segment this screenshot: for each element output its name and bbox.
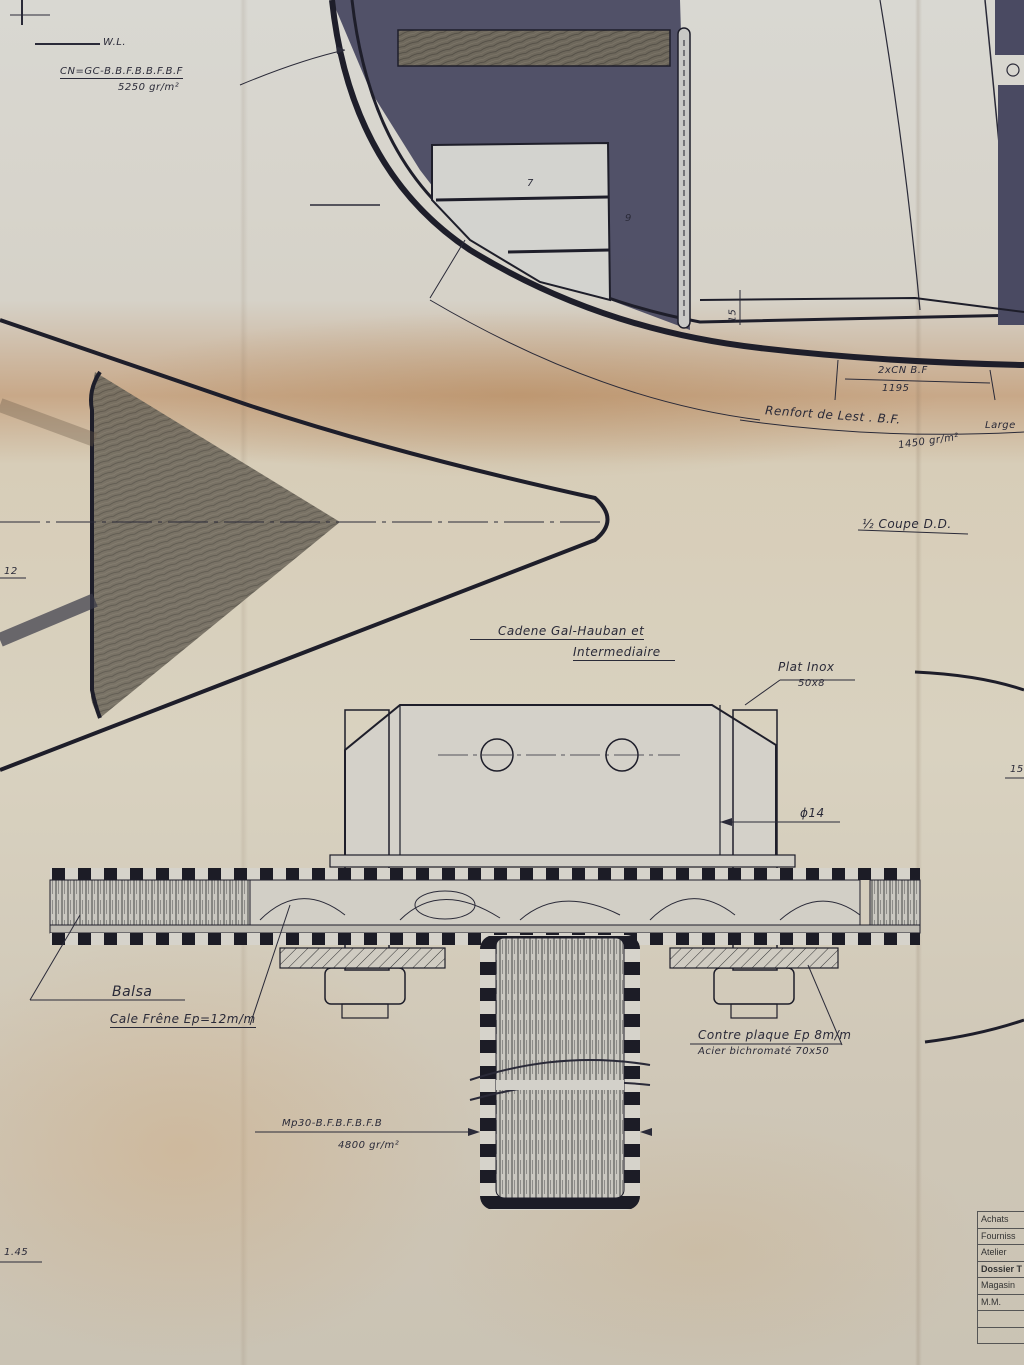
keel-fin-section [0,320,608,770]
detail-title-line2: Intermediaire [573,645,675,661]
hull-weight-label: 5250 gr/m² [118,82,179,93]
backing-plate-label: Contre plaque Ep 8m/m [698,1028,851,1042]
waterline-label: W.L. [103,37,126,48]
hull-laminate-label: CN=GC-B.B.F.B.B.F.B.F [60,66,183,79]
reinforcement-ply-label: 2xCN B.F [878,365,928,376]
left-dim-12-label: 12 [4,566,18,577]
plate-label: Plat Inox [778,660,835,674]
title-block-row: Fourniss [978,1229,1024,1246]
title-block-row [978,1311,1024,1328]
reinforcement-weight-label: 1195 [882,383,909,394]
technical-drawing [0,0,1024,1365]
bolt-diameter-label: ϕ14 [800,806,825,820]
bulkhead-laminate-label: Mp30-B.F.B.F.B.F.B [282,1118,382,1129]
half-section-label: ½ Coupe D.D. [862,517,952,531]
balsa-label: Balsa [112,984,152,1000]
bulkhead-weight-label: 4800 gr/m² [338,1140,399,1151]
bottom-left-dim-label: 1.45 [4,1247,28,1258]
backing-plate-material: Acier bichromaté 70x50 [698,1046,829,1057]
chainplate-detail [0,680,920,1262]
plate-size-label: 50x8 [798,678,825,689]
dim-15-keel-label: 15 [727,309,738,323]
detail-title-line1: Cadene Gal-Hauban et [470,624,644,640]
title-block-row: M.M. [978,1295,1024,1312]
ash-shim-label: Cale Frêne Ep=12m/m [110,1012,256,1028]
title-block-row: Achats [978,1212,1024,1229]
title-block-table: Achats Fourniss Atelier Dossier T Magasi… [977,1211,1024,1344]
right-dim-15-label: 15 [1010,764,1024,775]
title-block-row: Dossier T [978,1262,1024,1279]
ballast-reinforcement-suffix: Large [985,420,1016,431]
title-block-row: Atelier [978,1245,1024,1262]
title-block-row: Magasin [978,1278,1024,1295]
title-block-row [978,1328,1024,1345]
dim-9-label: 9 [625,213,632,224]
dim-7-label: 7 [527,178,534,189]
right-partial-section [858,530,1024,1042]
